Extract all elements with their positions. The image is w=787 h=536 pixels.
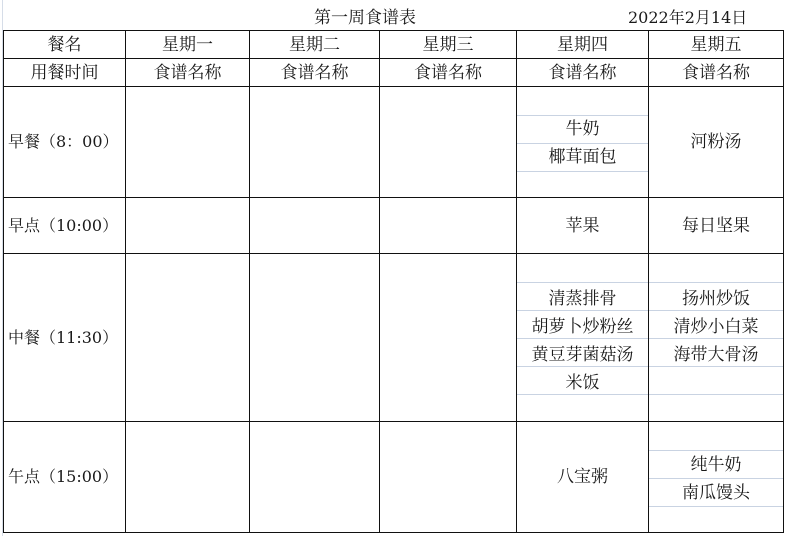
meal-row-afternoon-snack: 午点（15:00） 八宝粥 纯牛奶 南瓜馒头 <box>4 422 784 533</box>
header-sub-tue[interactable]: 食谱名称 <box>250 59 380 87</box>
meal-label-breakfast[interactable]: 早餐（8：00） <box>4 87 126 198</box>
cell-lunch-mon[interactable] <box>126 254 250 422</box>
meal-row-lunch: 中餐（11:30） 清蒸排骨 胡萝卜炒粉丝 黄豆芽菌菇汤 米饭 <box>4 254 784 422</box>
header-meal-name[interactable]: 餐名 <box>4 31 126 59</box>
menu-item: 每日坚果 <box>682 215 750 237</box>
cell-breakfast-tue[interactable] <box>250 87 380 198</box>
cell-morning-snack-mon[interactable] <box>126 198 250 254</box>
header-row-sub: 用餐时间 食谱名称 食谱名称 食谱名称 食谱名称 食谱名称 <box>4 59 784 87</box>
header-sub-wed[interactable]: 食谱名称 <box>380 59 517 87</box>
menu-table: 餐名 星期一 星期二 星期三 星期四 星期五 用餐时间 食谱名称 食谱名称 食谱… <box>3 30 784 533</box>
header-sub-mon[interactable]: 食谱名称 <box>126 59 250 87</box>
cell-lunch-fri[interactable]: 扬州炒饭 清炒小白菜 海带大骨汤 <box>649 254 784 422</box>
header-day-fri[interactable]: 星期五 <box>649 31 784 59</box>
cell-breakfast-wed[interactable] <box>380 87 517 198</box>
cell-morning-snack-tue[interactable] <box>250 198 380 254</box>
cell-afternoon-snack-wed[interactable] <box>380 422 517 533</box>
menu-item: 河粉汤 <box>691 131 742 153</box>
cell-gridline <box>517 282 648 283</box>
header-sub-thu[interactable]: 食谱名称 <box>517 59 649 87</box>
meal-label-lunch[interactable]: 中餐（11:30） <box>4 254 126 422</box>
header-day-thu[interactable]: 星期四 <box>517 31 649 59</box>
cell-gridline <box>649 394 783 395</box>
menu-item: 纯牛奶 <box>691 451 742 479</box>
cell-lunch-thu[interactable]: 清蒸排骨 胡萝卜炒粉丝 黄豆芽菌菇汤 米饭 <box>517 254 649 422</box>
cell-afternoon-snack-mon[interactable] <box>126 422 250 533</box>
cell-gridline <box>517 171 648 172</box>
menu-item: 黄豆芽菌菇汤 <box>532 341 634 369</box>
menu-item: 米饭 <box>566 369 600 397</box>
page-title: 第一周食谱表 <box>300 7 430 29</box>
menu-item: 扬州炒饭 <box>682 285 750 313</box>
menu-item: 椰茸面包 <box>549 143 617 171</box>
cell-lunch-tue[interactable] <box>250 254 380 422</box>
meal-row-breakfast: 早餐（8：00） 牛奶 椰茸面包 河粉汤 <box>4 87 784 198</box>
menu-item: 南瓜馒头 <box>682 479 750 507</box>
cell-afternoon-snack-fri[interactable]: 纯牛奶 南瓜馒头 <box>649 422 784 533</box>
meal-label-morning-snack[interactable]: 早点（10:00） <box>4 198 126 254</box>
header-meal-time[interactable]: 用餐时间 <box>4 59 126 87</box>
header-sub-fri[interactable]: 食谱名称 <box>649 59 784 87</box>
meal-row-morning-snack: 早点（10:00） 苹果 每日坚果 <box>4 198 784 254</box>
header-row-days: 餐名 星期一 星期二 星期三 星期四 星期五 <box>4 31 784 59</box>
cell-breakfast-fri[interactable]: 河粉汤 <box>649 87 784 198</box>
menu-item: 清蒸排骨 <box>549 285 617 313</box>
cell-afternoon-snack-tue[interactable] <box>250 422 380 533</box>
meal-label-afternoon-snack[interactable]: 午点（15:00） <box>4 422 126 533</box>
cell-morning-snack-fri[interactable]: 每日坚果 <box>649 198 784 254</box>
menu-item: 苹果 <box>566 215 600 237</box>
header-day-tue[interactable]: 星期二 <box>250 31 380 59</box>
cell-morning-snack-wed[interactable] <box>380 198 517 254</box>
header-day-mon[interactable]: 星期一 <box>126 31 250 59</box>
cell-lunch-wed[interactable] <box>380 254 517 422</box>
cell-gridline <box>649 282 783 283</box>
cell-breakfast-thu[interactable]: 牛奶 椰茸面包 <box>517 87 649 198</box>
menu-item: 牛奶 <box>566 115 600 143</box>
menu-item: 清炒小白菜 <box>674 313 759 341</box>
menu-item: 八宝粥 <box>557 466 608 488</box>
date-label: 2022年2月14日 <box>628 7 753 29</box>
cell-breakfast-mon[interactable] <box>126 87 250 198</box>
header-day-wed[interactable]: 星期三 <box>380 31 517 59</box>
menu-item: 海带大骨汤 <box>674 341 759 369</box>
menu-item: 胡萝卜炒粉丝 <box>532 313 634 341</box>
cell-afternoon-snack-thu[interactable]: 八宝粥 <box>517 422 649 533</box>
cell-morning-snack-thu[interactable]: 苹果 <box>517 198 649 254</box>
